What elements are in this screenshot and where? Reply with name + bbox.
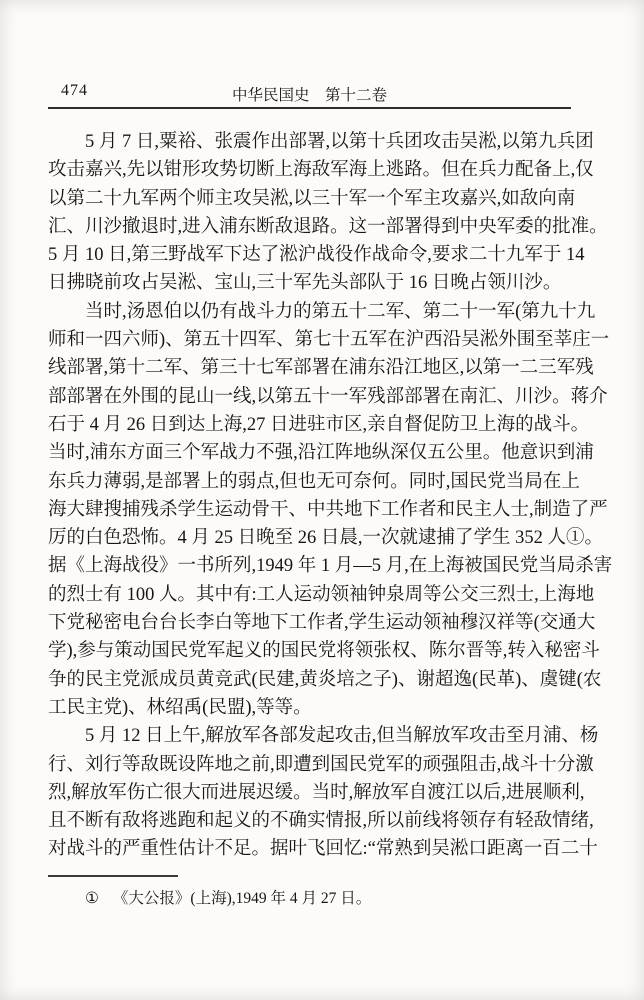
text-line: 部部署在外围的昆山一线,以第五十一军残部部署在南汇、川沙。蒋介 [48, 383, 575, 411]
text-line: 海大肆搜捕残杀学生运动骨干、中共地下工作者和民主人士,制造了严 [48, 496, 575, 524]
text-line: 当时,汤恩伯以仍有战斗力的第五十二军、第二十一军(第九十九 [48, 298, 575, 326]
body-text: 5 月 7 日,粟裕、张震作出部署,以第十兵团攻击吴淞,以第九兵团攻击嘉兴,先以… [48, 128, 575, 864]
text-line: 以第二十九军两个师主攻吴淞,以三十军一个军主攻嘉兴,如敌向南 [48, 185, 575, 213]
text-line: 5 月 7 日,粟裕、张震作出部署,以第十兵团攻击吴淞,以第九兵团 [48, 128, 575, 156]
text-line: 汇、川沙撤退时,进入浦东断敌退路。这一部署得到中央军委的批准。 [48, 213, 575, 241]
text-line: 行、刘行等敌既设阵地之前,即遭到国民党军的顽强阻击,战斗十分激 [48, 751, 575, 779]
text-line: 工民主党)、林绍禹(民盟),等等。 [48, 694, 575, 722]
text-line: 厉的白色恐怖。4 月 25 日晚至 26 日晨,一次就逮捕了学生 352 人①。 [48, 524, 575, 552]
running-header: 474 中华民国史 第十二卷 [48, 82, 571, 102]
text-line: 东兵力薄弱,是部署上的弱点,但也无可奈何。同时,国民党当局在上 [48, 468, 575, 496]
text-line: 烈,解放军伤亡很大而进展迟缓。当时,解放军自渡江以后,进展顺利, [48, 779, 575, 807]
footnote-separator [48, 875, 178, 877]
footnote: ①《大公报》(上海),1949 年 4 月 27 日。 [48, 888, 575, 910]
text-line: 线部署,第十二军、第三十七军部署在浦东沿江地区,以第一二三军残 [48, 354, 575, 382]
text-line: 5 月 12 日上午,解放军各部发起攻击,但当解放军攻击至月浦、杨 [48, 722, 575, 750]
text-line: 下党秘密电台台长李白等地下工作者,学生运动领袖穆汉祥等(交通大 [48, 609, 575, 637]
book-page: 474 中华民国史 第十二卷 5 月 7 日,粟裕、张震作出部署,以第十兵团攻击… [0, 0, 644, 1000]
header-title: 中华民国史 第十二卷 [48, 83, 571, 105]
text-line: 5 月 10 日,第三野战军下达了淞沪战役作战命令,要求二十九军于 14 [48, 241, 575, 269]
text-line: 对战斗的严重性估计不足。据叶飞回忆:“常熟到吴淞口距离一百二十 [48, 835, 575, 863]
header-rule [48, 107, 571, 109]
text-line: 且不断有敌将逃跑和起义的不确实情报,所以前线将领存有轻敌情绪, [48, 807, 575, 835]
text-line: 师和一四六师)、第五十四军、第七十五军在沪西沿吴淞外围至莘庄一 [48, 326, 575, 354]
footnote-marker: ① [85, 888, 99, 910]
footnote-text: 《大公报》(上海),1949 年 4 月 27 日。 [113, 890, 371, 907]
text-line: 当时,浦东方面三个军战力不强,沿江阵地纵深仅五公里。他意识到浦 [48, 439, 575, 467]
text-line: 的烈士有 100 人。其中有:工人运动领袖钟泉周等公交三烈士,上海地 [48, 581, 575, 609]
text-line: 学),参与策动国民党军起义的国民党将领张权、陈尔晋等,转入秘密斗 [48, 637, 575, 665]
text-line: 日拂晓前攻占吴淞、宝山,三十军先头部队于 16 日晚占领川沙。 [48, 269, 575, 297]
text-line: 据《上海战役》一书所列,1949 年 1 月—5 月,在上海被国民党当局杀害 [48, 552, 575, 580]
text-line: 争的民主党派成员黄竞武(民建,黄炎培之子)、谢超逸(民革)、虞键(农 [48, 666, 575, 694]
text-line: 石于 4 月 26 日到达上海,27 日进驻市区,亲自督促防卫上海的战斗。 [48, 411, 575, 439]
text-line: 攻击嘉兴,先以钳形攻势切断上海敌军海上逃路。但在兵力配备上,仅 [48, 156, 575, 184]
